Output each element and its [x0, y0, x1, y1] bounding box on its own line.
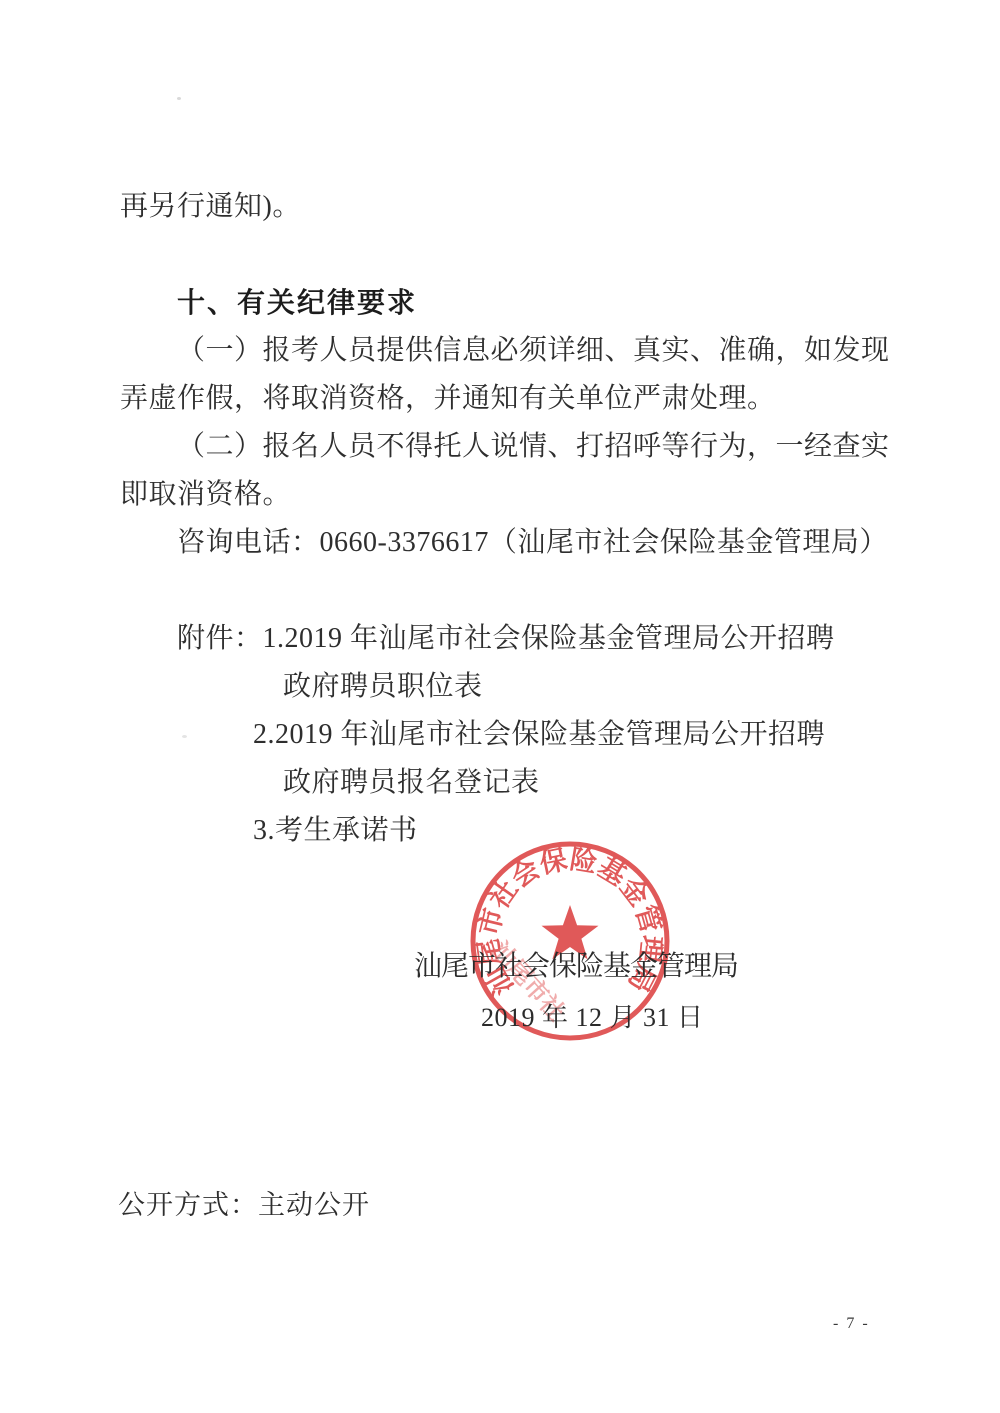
attachment-line-1-continued: 政府聘员职位表: [120, 663, 910, 711]
document-page: 再另行通知)。 十、有关纪律要求 （一）报考人员提供信息必须详细、真实、准确，如…: [0, 0, 1000, 1413]
signature-date: 2019 年 12 月 31 日: [481, 997, 704, 1034]
footer-disclosure-method: 公开方式：主动公开: [118, 1183, 370, 1222]
contact-phone-line: 咨询电话：0660-3376617（汕尾市社会保险基金管理局）: [120, 519, 910, 567]
attachment-line-1: 附件：1.2019 年汕尾市社会保险基金管理局公开招聘: [120, 615, 910, 663]
blank-line: [120, 567, 910, 615]
attachment-line-2: 2.2019 年汕尾市社会保险基金管理局公开招聘: [120, 711, 910, 759]
signature-issuer: 汕尾市社会保险基金管理局: [414, 944, 738, 984]
para-1-line-2: 弄虚作假，将取消资格，并通知有关单位严肃处理。: [120, 375, 910, 423]
scan-speck: [182, 735, 187, 738]
heading-discipline-requirements: 十、有关纪律要求: [120, 279, 910, 327]
page-number: - 7 -: [833, 1315, 870, 1333]
para-2-line-1: （二）报名人员不得托人说情、打招呼等行为，一经查实: [120, 423, 910, 471]
para-2-line-2: 即取消资格。: [120, 471, 910, 519]
scan-speck: [177, 97, 181, 100]
para-1-line-1: （一）报考人员提供信息必须详细、真实、准确，如发现: [120, 327, 910, 375]
attachment-line-2-continued: 政府聘员报名登记表: [120, 759, 910, 807]
blank-line: [120, 231, 910, 279]
document-body: 再另行通知)。 十、有关纪律要求 （一）报考人员提供信息必须详细、真实、准确，如…: [120, 183, 910, 855]
line-continuation: 再另行通知)。: [120, 183, 910, 231]
